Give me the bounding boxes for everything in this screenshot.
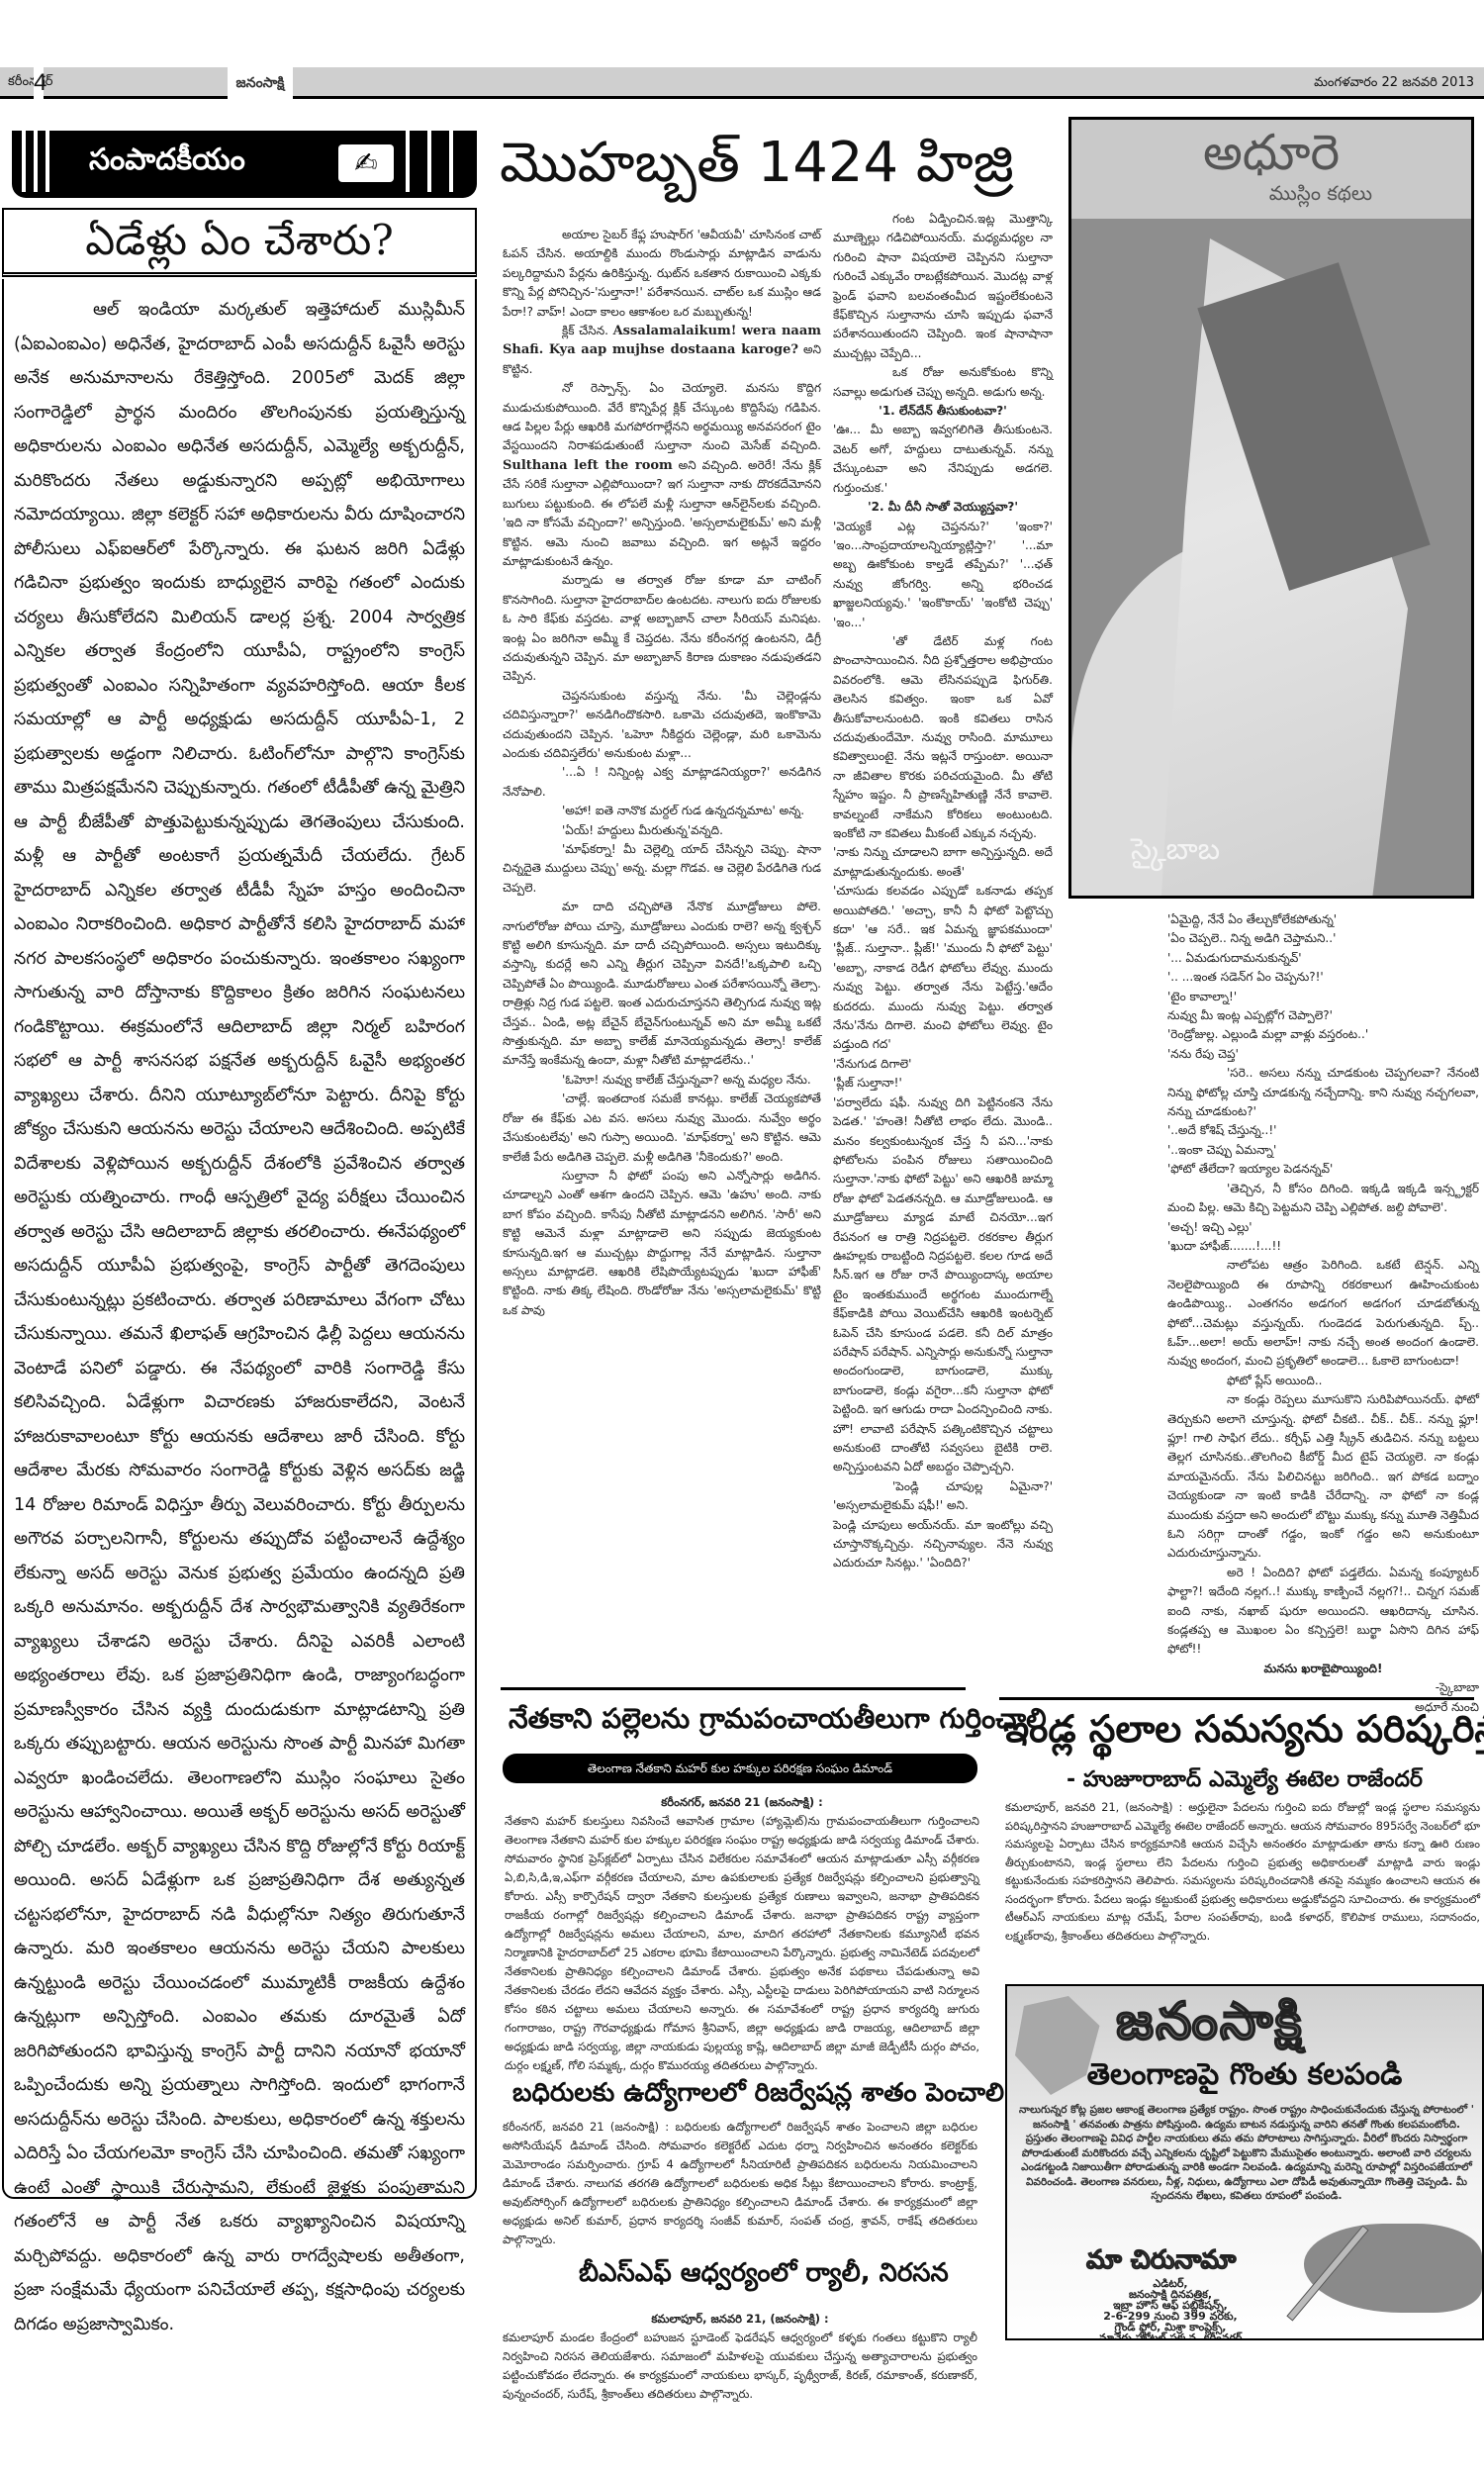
- story-text: 'ప్లీజ్ సుల్తానా!': [833, 1076, 902, 1090]
- story-paragraph: 'తెచ్చిన, నీ కోసం దిగింది. ఇక్కడి ఇక్కడి…: [1167, 1180, 1479, 1218]
- story-paragraph: '.. ...ఇంత సడెన్‌గ ఏం చెప్పను?!': [1167, 968, 1479, 987]
- feature-column-1: అయాల సైబర్ కేఫ్ల హుషార్‌గ 'ఆవీయవీ' చూసిన…: [503, 226, 821, 1320]
- story-text: 'నాకు నిన్ను చూడాలని బాగా అన్పిస్తున్నది…: [833, 845, 1053, 878]
- story-paragraph: అయాల సైబర్ కేఫ్ల హుషార్‌గ 'ఆవీయవీ' చూసిన…: [503, 226, 821, 322]
- story-paragraph: 'ఊ... మీ అబ్బా ఇవ్వగలిగితె తీసుకుంటనె. వ…: [833, 421, 1053, 498]
- story-text: 'ఏం చెప్పలె.. నిన్న అడిగి చెప్తామని..': [1167, 931, 1336, 945]
- story-text: -స్కైబాబా: [1436, 1680, 1479, 1694]
- story-paragraph: -స్కైబాబా: [1167, 1678, 1479, 1697]
- article-subheadline: - హుజూరాబాద్ ఎమ్మెల్యే ఈటెల రాజేందర్: [1067, 1767, 1423, 1797]
- story-text: మర్నాడు ఆ తర్వాత రోజు కూడా మా చాటింగ్ కొ…: [503, 573, 821, 683]
- story-text: 'ఏమైద్ది, నేనే ఏం తేల్చుకోలేకపోతున్న': [1167, 912, 1337, 926]
- banner-stripe: [449, 131, 453, 192]
- story-paragraph: 'నాకు నిన్ను చూడాలని బాగా అన్పిస్తున్నది…: [833, 843, 1053, 882]
- story-text: 'ఖుదా హాఫీజ్.......!...!!: [1167, 1239, 1281, 1253]
- story-text: 'మాఫ్‌కర్నా! మీ చెల్లెల్ని యాద్ చేసిన్నన…: [503, 842, 821, 895]
- story-text: '.. ...ఇంత సడెన్‌గ ఏం చెప్పను?!': [1167, 970, 1324, 984]
- ad-address: ఎడిటర్, జనంసాక్షి దినపత్రిక, ఇబ్రా హౌస్ …: [1047, 2279, 1294, 2340]
- editorial-body: ఆల్ ఇండియా మర్కతుల్ ఇత్తెహాదుల్ ముస్లిమీ…: [14, 293, 465, 2341]
- editorial-title-box: ఏడేళ్లు ఏం చేశారు?: [2, 208, 477, 277]
- article-text: నేతకాని మహర్ కులస్తులు నివసించే ఆవాసిత గ…: [505, 1814, 979, 2072]
- story-paragraph: 'అచ్చ! ఇచ్చి ఎల్లు': [1167, 1218, 1479, 1237]
- story-text: చెప్తనసుకుంట వస్తున్న నేను. 'మీ చెల్లెండ…: [503, 689, 821, 760]
- story-paragraph: 'ఏయ్! హద్దులు మీరుతున్న'వన్నది.: [503, 821, 821, 840]
- story-text: '..ఇంకా చెప్పు ఏమన్నా': [1167, 1143, 1276, 1157]
- story-paragraph: 'రెండ్రోజుల్ల. ఎల్లుండి మల్లా వాళ్లు వస్…: [1167, 1025, 1479, 1044]
- ad-tagline: తెలంగాణపై గొంతు కలపండి: [1007, 2057, 1482, 2099]
- story-paragraph: నా కండ్లు రెప్పలు మూసుకొని సురిపిపోయినయ్…: [1167, 1390, 1479, 1564]
- story-paragraph: అరె ! ఏందిది? ఫోటో పడ్తలేదు. ఏమన్న కంప్య…: [1167, 1564, 1479, 1660]
- newspaper-logo: జనంసాక్షి: [228, 65, 293, 101]
- story-text: మనసు ఖరాబైపొయ్యింది!: [1264, 1662, 1383, 1675]
- story-text: నువ్వు మీ ఇంట్ల ఎప్పట్లోగ చెప్పాలె?': [1167, 1008, 1333, 1022]
- story-text: క్లిక్ చేసిన.: [562, 324, 613, 337]
- book-cover-image: అధూరె ముస్లిం కథలు స్కైబాబ: [1068, 117, 1474, 899]
- story-paragraph: 'టైం కావాల్నా!': [1167, 988, 1479, 1006]
- editorial-title: ఏడేళ్లు ఏం చేశారు?: [4, 216, 475, 275]
- article-body: కరీంనగర్, జనవరి 21 (జనంసాక్షి) : బధిరులక…: [503, 2118, 977, 2249]
- story-paragraph: 'ఏం చెప్పలె.. నిన్న అడిగి చెప్తామని..': [1167, 929, 1479, 948]
- story-text: '2. మీ దీనీ సాతో వెయ్యుస్తవా?': [868, 500, 1018, 514]
- story-text: 'ఫోటో తేలేదా? ఇయ్యాల పెడనన్నవ్': [1167, 1162, 1333, 1176]
- story-text: 'అచ్చ! ఇచ్చి ఎల్లు': [1167, 1220, 1252, 1234]
- feature-column-3: 'ఏమైద్ది, నేనే ఏం తేల్చుకోలేకపోతున్న''ఏం…: [1167, 910, 1479, 1717]
- article-subheadline-bar: తెలంగాణ నేతకాని మహర్ కుల హక్కుల పరిరక్షణ…: [503, 1754, 977, 1783]
- article-dateline: కరీంనగర్, జనవరి 21 (జనంసాక్షి) :: [505, 1793, 979, 1812]
- story-text: 'చాల్లే. ఇంతదాంక సమజే కానట్లు. కాలేజ్ చె…: [503, 1092, 821, 1163]
- story-paragraph: నో రెస్పాన్స్. ఏం చెయ్యాలె. మనసు కొద్దిగ…: [503, 379, 821, 571]
- editorial-body-box: ఆల్ ఇండియా మర్కతుల్ ఇత్తెహాదుల్ ముస్లిమీ…: [2, 279, 477, 2199]
- story-text: 'నను రేపు చెప్త': [1167, 1047, 1239, 1061]
- feature-headline: మొహబ్బత్ 1424 హిజ్రి: [500, 129, 1054, 198]
- story-paragraph: గంట ఏడ్పించిన.ఇట్ల మొత్తాన్కి మూణ్నెల్లు…: [833, 210, 1053, 363]
- article-headline: ఇండ్ల స్థలాల సమస్యను పరిష్కరిస్తా: [1003, 1707, 1484, 1760]
- story-text: 'తెచ్చిన, నీ కోసం దిగింది. ఇక్కడి ఇక్కడి…: [1167, 1182, 1479, 1214]
- story-text: పెండ్లి చూపులు అయ్‌నయ్. మా ఇంటోల్లు వచ్చ…: [833, 1518, 1053, 1570]
- story-paragraph: 'చూసుడు కలవడం ఎప్పుడో ఒకనాడు తప్పక అయిపో…: [833, 882, 1053, 1055]
- story-paragraph: ఫోటో ప్లేస్ అయింది..: [1167, 1372, 1479, 1390]
- story-text: 'సరె.. అసలు నన్ను చూడకుంట చెప్పగలవా? నేన…: [1167, 1066, 1479, 1118]
- story-paragraph: 'మాఫ్‌కర్నా! మీ చెల్లెల్ని యాద్ చేసిన్నన…: [503, 840, 821, 898]
- story-text: 'రెండ్రోజుల్ల. ఎల్లుండి మల్లా వాళ్లు వస్…: [1167, 1027, 1368, 1041]
- address-line: మానేరు హోటల్ పక్కన, కరీంనగర్: [1047, 2333, 1294, 2340]
- article-headline: బధిరులకు ఉద్యోగాలలో రిజర్వేషన్ల శాతం పెం…: [512, 2078, 1004, 2114]
- section-divider: [501, 1687, 966, 1690]
- story-text: '... ఏమడుగుదామనుకున్నవ్': [1167, 951, 1302, 965]
- story-text: 'పెండ్లి చూపుల్ల ఏమైనా?' 'అస్సలామలైకుమ్ …: [833, 1479, 1053, 1512]
- story-text: 'అహా! ఐతె నానొక మర్దల్ గుడ ఉన్నదన్నమాట' …: [562, 804, 804, 817]
- promo-advertisement: జనంసాక్షి తెలంగాణపై గొంతు కలపండి నాలుగున…: [1005, 1984, 1484, 2340]
- story-text: '..అదే కోశిష్ చేస్తున్న..!': [1167, 1123, 1276, 1137]
- ad-logo: జనంసాక్షి: [1116, 1992, 1304, 2064]
- story-text: 'పర్వాలేదు షఫీ. నువ్వు దిగి పెట్టినంకనె …: [833, 1095, 1053, 1475]
- story-paragraph: మర్నాడు ఆ తర్వాత రోజు కూడా మా చాటింగ్ కొ…: [503, 571, 821, 686]
- ad-body: నాలుగున్నర కోట్ల ప్రజల ఆకాంక్ష తెలంగాణ ప…: [1019, 2103, 1474, 2204]
- story-paragraph: 'అహా! ఐతె నానొక మర్దల్ గుడ ఉన్నదన్నమాట' …: [503, 802, 821, 820]
- story-text: సుల్తానా నీ ఫోటో పంపు అని ఎన్నోసార్లు అడ…: [503, 1169, 821, 1317]
- editorial-section-label: సంపాదకీయం: [89, 143, 245, 184]
- story-paragraph: '... ఏమడుగుదామనుకున్నవ్': [1167, 949, 1479, 968]
- feature-column-2: గంట ఏడ్పించిన.ఇట్ల మొత్తాన్కి మూణ్నెల్లు…: [833, 210, 1053, 1573]
- story-text: 'నేనుగుడ దిగాలె': [833, 1057, 911, 1071]
- story-text: ఒక రోజు అనుకోకుంట కొన్ని సవాల్లు అడుగుత …: [833, 365, 1053, 398]
- story-text: '...ఏ ! నిన్నింట్ల ఎక్వ మాట్లాడనియ్యరా?'…: [503, 765, 821, 798]
- story-paragraph: సుల్తానా నీ ఫోటో పంపు అని ఎన్నోసార్లు అడ…: [503, 1167, 821, 1320]
- story-paragraph: మా దాది చచ్చిపోతె నేనొక మూడ్రోజులు పోలె.…: [503, 898, 821, 1071]
- article-body: కమలాపూర్, జనవరి 21, (జనంసాక్షి) : కమలాపూ…: [503, 2310, 977, 2404]
- story-text: నా కండ్లు రెప్పలు మూసుకొని సురిపిపోయినయ్…: [1167, 1392, 1479, 1560]
- banner-stripe: [406, 131, 410, 192]
- story-paragraph: ఒక రోజు అనుకోకుంట కొన్ని సవాల్లు అడుగుత …: [833, 363, 1053, 402]
- story-paragraph: 'ఫోటో తేలేదా? ఇయ్యాల పెడనన్నవ్': [1167, 1160, 1479, 1179]
- story-text: 'ఊ... మీ అబ్బా ఇవ్వగలిగితె తీసుకుంటనె. వ…: [833, 423, 1053, 494]
- story-paragraph: 'నను రేపు చెప్త': [1167, 1045, 1479, 1064]
- article-body: కమలాపూర్, జనవరి 21, (జనంసాక్షి) : అర్హుల…: [1005, 1799, 1480, 1946]
- banner-stripe: [22, 131, 26, 192]
- story-paragraph: 'పెండ్లి చూపుల్ల ఏమైనా?' 'అస్సలామలైకుమ్ …: [833, 1477, 1053, 1516]
- story-text: మా దాది చచ్చిపోతె నేనొక మూడ్రోజులు పోలె.…: [503, 900, 821, 1067]
- story-text: నో రెస్పాన్స్. ఏం చెయ్యాలె. మనసు కొద్దిగ…: [503, 381, 821, 452]
- story-text: నాలోపట ఆత్రం పెరిగింది. ఒకటే టెన్షన్. ఎన…: [1167, 1258, 1479, 1368]
- story-paragraph: 'ఏమైద్ది, నేనే ఏం తేల్చుకోలేకపోతున్న': [1167, 910, 1479, 929]
- story-text: 'టైం కావాల్నా!': [1167, 990, 1237, 1003]
- pen-writing-icon: ✍: [338, 144, 394, 182]
- story-paragraph: '2. మీ దీనీ సాతో వెయ్యుస్తవా?': [833, 498, 1053, 517]
- story-paragraph: నాలోపట ఆత్రం పెరిగింది. ఒకటే టెన్షన్. ఎన…: [1167, 1256, 1479, 1371]
- story-paragraph: 'ఓహెూ! నువ్వు కాలేజ్ చేస్తున్నవా? అన్న మ…: [503, 1071, 821, 1090]
- article-headline: నేతకాని పల్లెలను గ్రామపంచాయతీలుగా గుర్తి…: [509, 1702, 1047, 1742]
- article-headline: బీఎస్‌ఎఫ్ ఆధ్వర్యంలో ర్యాలీ, నిరసన: [579, 2258, 949, 2294]
- story-text: 'తో డేటిర్ మళ్ల గంట పొంచాసాయించిన. నీది …: [833, 634, 1053, 840]
- story-paragraph: 'చాల్లే. ఇంతదాంక సమజే కానట్లు. కాలేజ్ చె…: [503, 1090, 821, 1167]
- story-text: '1. లేన్‌దేన్ తీసుకుంటవా?': [879, 404, 1007, 418]
- story-text: ఫోటో ప్లేస్ అయింది..: [1227, 1374, 1322, 1387]
- story-paragraph: 'ప్లీజ్ సుల్తానా!': [833, 1074, 1053, 1093]
- story-paragraph: మనసు ఖరాబైపొయ్యింది!: [1167, 1660, 1479, 1678]
- story-paragraph: '1. లేన్‌దేన్ తీసుకుంటవా?': [833, 402, 1053, 421]
- ad-address-heading: మా చిరునామా: [1086, 2245, 1236, 2281]
- story-text: అయాల సైబర్ కేఫ్ల హుషార్‌గ 'ఆవీయవీ' చూసిన…: [503, 228, 821, 319]
- issue-date: మంగళవారం 22 జనవరి 2013: [1314, 75, 1474, 93]
- story-text: అని వచ్చింది. అరెరే! నేను క్లిక్ చేసే సర…: [503, 458, 821, 568]
- editorial-paragraph: ఆల్ ఇండియా మర్కతుల్ ఇత్తెహాదుల్ ముస్లిమీ…: [14, 293, 465, 2341]
- story-paragraph: చెప్తనసుకుంట వస్తున్న నేను. 'మీ చెల్లెండ…: [503, 687, 821, 764]
- story-paragraph: '...ఏ ! నిన్నింట్ల ఎక్వ మాట్లాడనియ్యరా?'…: [503, 763, 821, 802]
- story-paragraph: పెండ్లి చూపులు అయ్‌నయ్. మా ఇంటోల్లు వచ్చ…: [833, 1516, 1053, 1573]
- article-dateline: కమలాపూర్, జనవరి 21, (జనంసాక్షి) :: [503, 2310, 977, 2329]
- story-text: గంట ఏడ్పించిన.ఇట్ల మొత్తాన్కి మూణ్నెల్లు…: [833, 212, 1053, 360]
- article-body: కరీంనగర్, జనవరి 21 (జనంసాక్షి) : నేతకాని…: [505, 1793, 979, 2075]
- book-author: స్కైబాబ: [1131, 832, 1220, 874]
- story-paragraph: నువ్వు మీ ఇంట్ల ఎప్పట్లోగ చెప్పాలె?': [1167, 1006, 1479, 1025]
- story-paragraph: 'ఖుదా హాఫీజ్.......!...!!: [1167, 1237, 1479, 1256]
- banner-stripe: [46, 131, 49, 192]
- masthead-bar: కరీంనగర్ 4 జనంసాక్షి మంగళవారం 22 జనవరి 2…: [0, 67, 1484, 99]
- story-paragraph: 'వెయ్యకే ఎట్ల చెప్తనను?' 'ఇంకా?' 'ఇం...స…: [833, 518, 1053, 632]
- story-paragraph: 'పర్వాలేదు షఫీ. నువ్వు దిగి పెట్టినంకనె …: [833, 1094, 1053, 1477]
- banner-stripe: [34, 131, 38, 192]
- article-text: కమలాపూర్ మండల కేంద్రంలో బహుజన స్టూడెంట్ …: [503, 2331, 977, 2401]
- story-paragraph: 'తో డేటిర్ మళ్ల గంట పొంచాసాయించిన. నీది …: [833, 632, 1053, 843]
- page-number: 4: [34, 67, 44, 99]
- story-paragraph: 'సరె.. అసలు నన్ను చూడకుంట చెప్పగలవా? నేన…: [1167, 1064, 1479, 1121]
- story-text: 'ఏయ్! హద్దులు మీరుతున్న'వన్నది.: [562, 823, 723, 837]
- story-text: 'చూసుడు కలవడం ఎప్పుడో ఒకనాడు తప్పక అయిపో…: [833, 884, 1053, 1051]
- story-text: అరె ! ఏందిది? ఫోటో పడ్తలేదు. ఏమన్న కంప్య…: [1167, 1566, 1479, 1657]
- book-subtitle: ముస్లిం కథలు: [1269, 181, 1372, 210]
- story-paragraph: క్లిక్ చేసిన. Assalamalaikum! wera naam …: [503, 322, 821, 379]
- section-divider: [999, 1697, 1474, 1700]
- story-paragraph: '..ఇంకా చెప్పు ఏమన్నా': [1167, 1141, 1479, 1160]
- story-paragraph: '..అదే కోశిష్ చేస్తున్న..!': [1167, 1121, 1479, 1140]
- english-chat-text: Sulthana left the room: [503, 458, 673, 473]
- story-paragraph: 'నేనుగుడ దిగాలె': [833, 1055, 1053, 1074]
- banner-stripe: [427, 131, 431, 192]
- english-chat-text: Assalamalaikum! wera naam Shafi. Kya aap…: [503, 324, 821, 357]
- story-text: 'ఓహెూ! నువ్వు కాలేజ్ చేస్తున్నవా? అన్న మ…: [562, 1073, 811, 1087]
- story-text: 'వెయ్యకే ఎట్ల చెప్తనను?' 'ఇంకా?' 'ఇం...స…: [833, 520, 1053, 629]
- editorial-banner: సంపాదకీయం ✍: [12, 131, 477, 198]
